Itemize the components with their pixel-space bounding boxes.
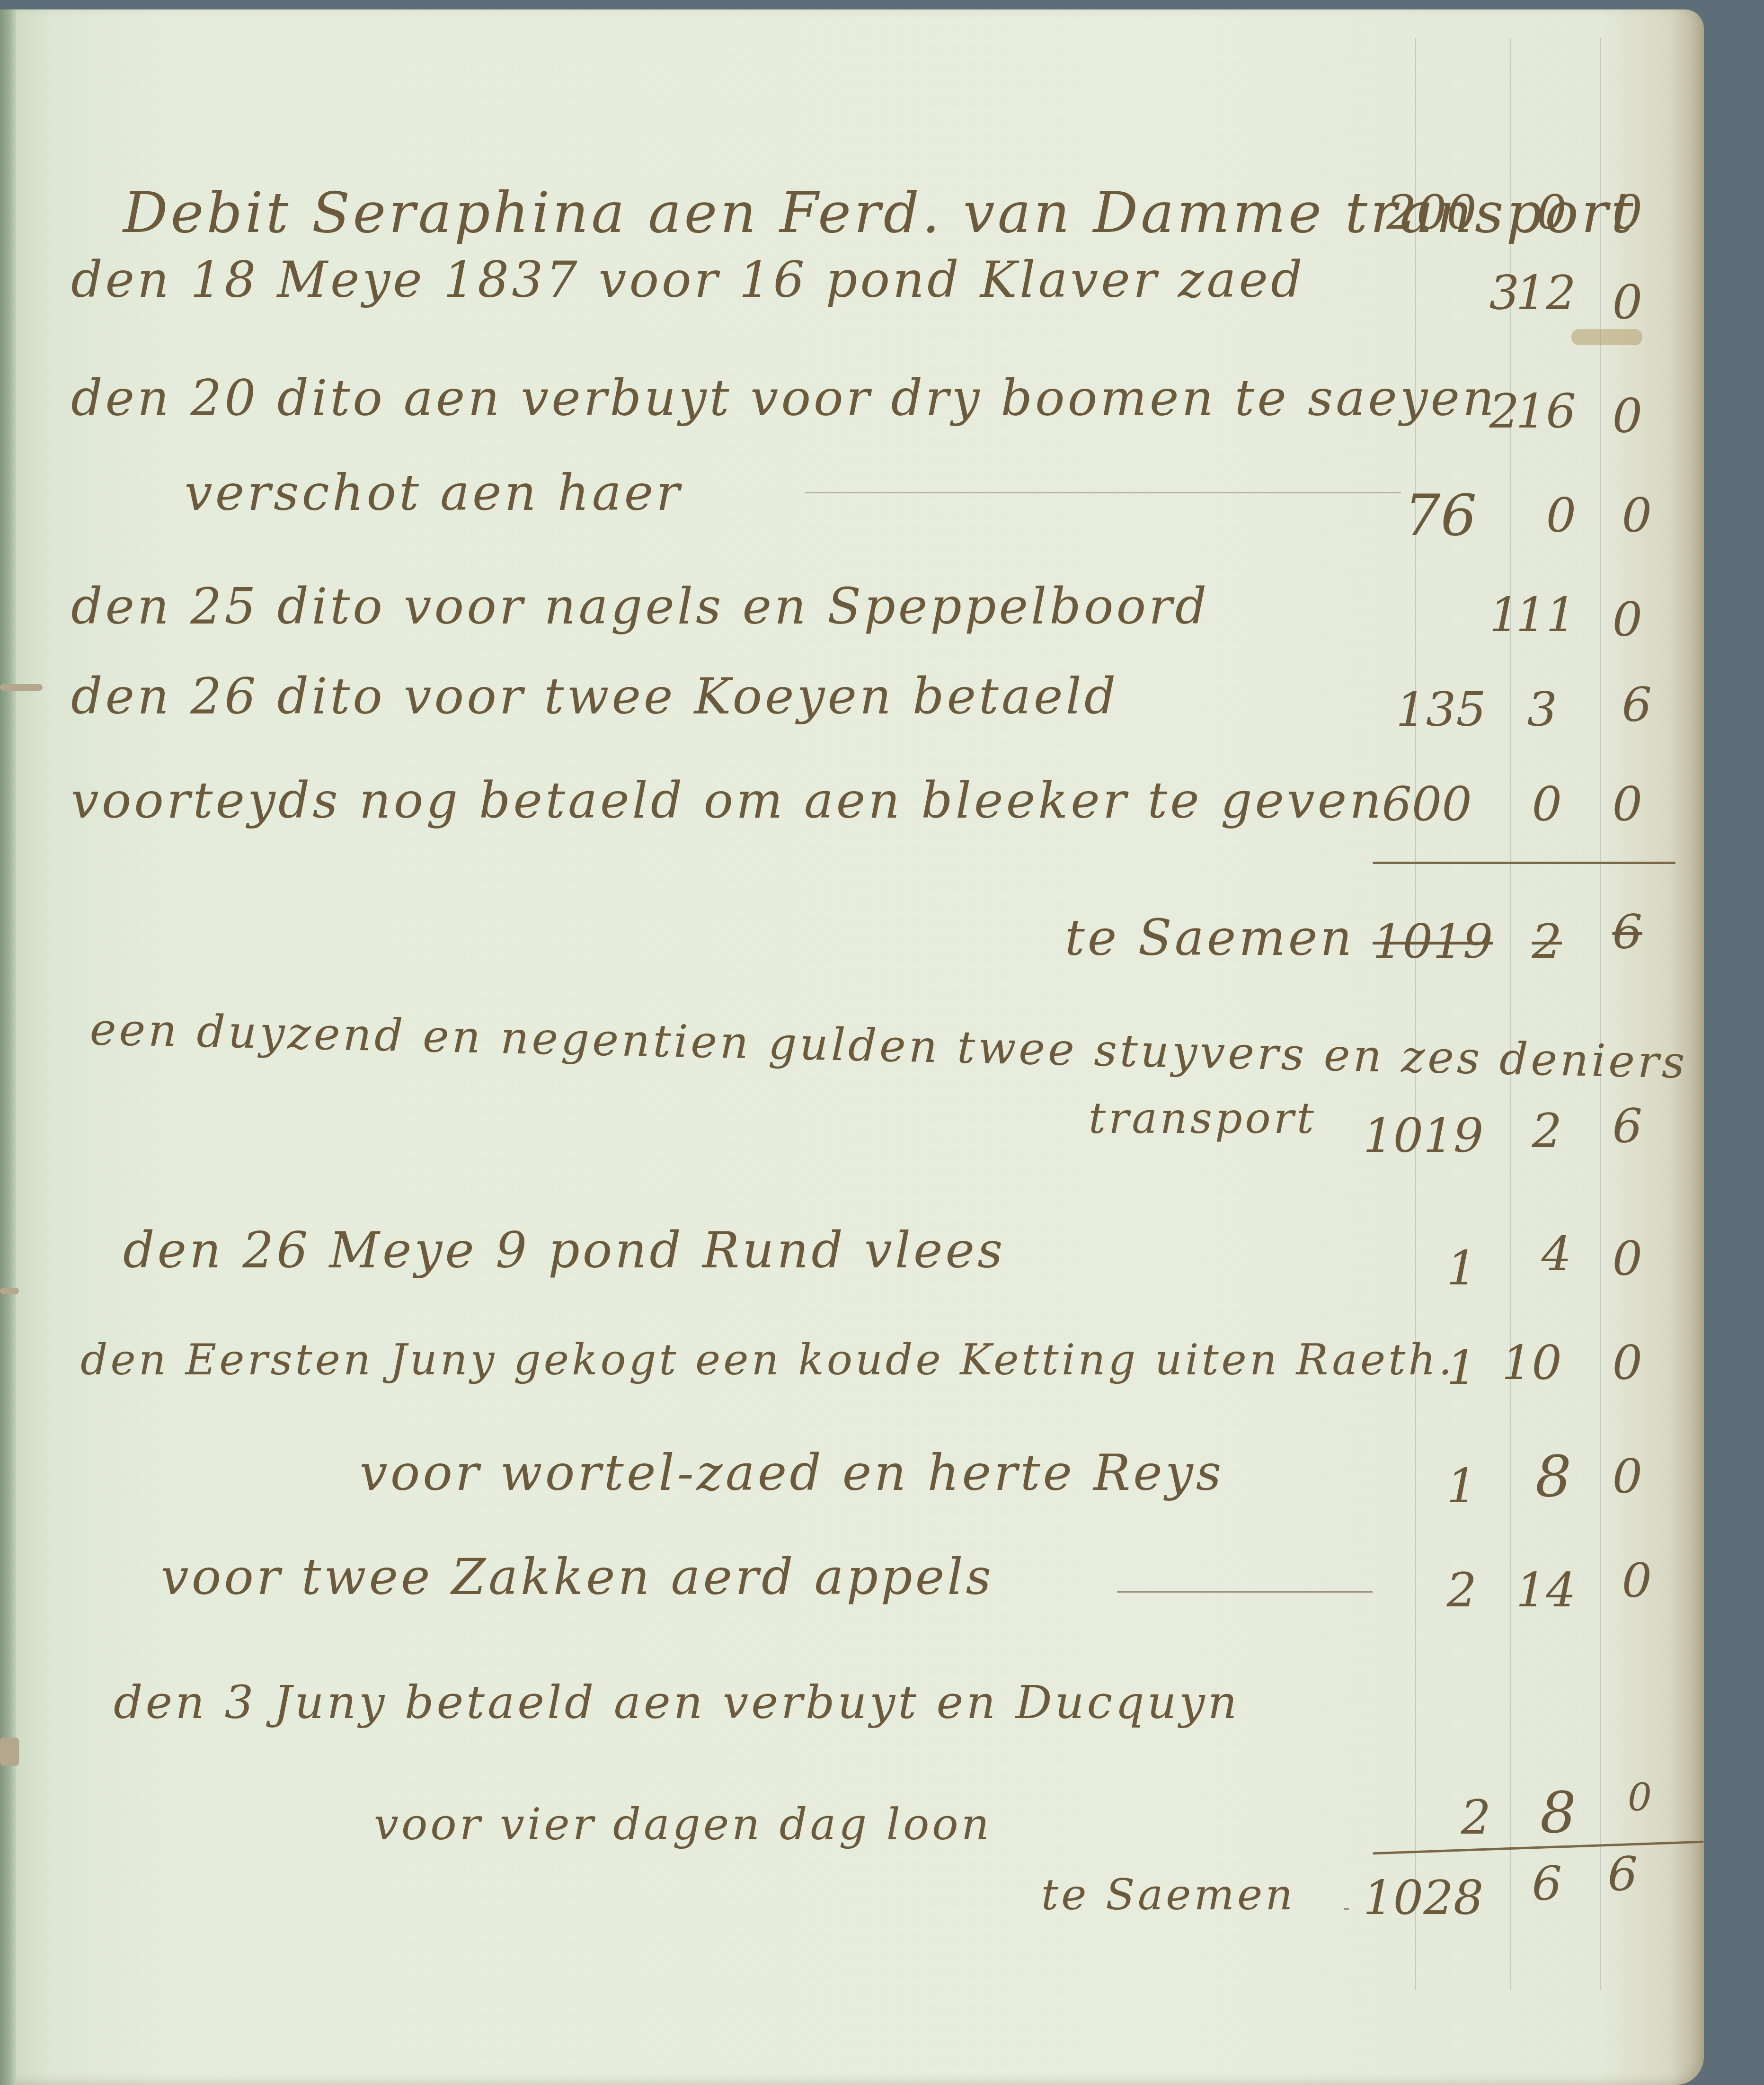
amount-guldens: 200 <box>1373 185 1477 240</box>
ledger-entry-text: voor twee Zakken aerd appels <box>161 1548 994 1606</box>
binding-thread <box>0 1737 19 1766</box>
amount-deniers: 0 <box>1590 1231 1642 1286</box>
amount-deniers: 0 <box>1590 1335 1642 1390</box>
subtotal-rule <box>1373 862 1675 864</box>
transport-guldens: 1019 <box>1363 1108 1467 1163</box>
total-label: te Saemen <box>1041 1870 1295 1920</box>
transport-label: transport <box>1089 1094 1317 1143</box>
amount-stuivers: 10 <box>1491 1335 1562 1390</box>
binding-thread <box>0 684 43 691</box>
ledger-entry-text: den 3 Juny betaeld aen verbuyt en Ducquy… <box>114 1676 1240 1729</box>
amount-stuivers: 0 <box>1491 776 1562 832</box>
amount-deniers: 0 <box>1600 488 1652 543</box>
amount-stuivers: 11 <box>1505 587 1576 642</box>
amount-deniers: 0 <box>1590 592 1642 647</box>
amount-stuivers: 16 <box>1505 383 1576 439</box>
ledger-page: Debit Seraphina aen Ferd. van Damme tran… <box>0 9 1704 2085</box>
ledger-entry-text: den 26 dito voor twee Koeyen betaeld <box>71 668 1118 725</box>
total-deniers: 6 <box>1586 1846 1638 1902</box>
ledger-entry-text: voorteyds nog betaeld om aen bleeker te … <box>71 772 1384 829</box>
amount-stuivers: 12 <box>1505 265 1576 321</box>
amount-guldens: 76 <box>1373 483 1477 549</box>
amount-guldens: 135 <box>1382 682 1486 737</box>
amount-deniers: 0 <box>1590 1449 1642 1504</box>
total-stuivers: 6 <box>1491 1856 1562 1911</box>
amount-guldens: 2 <box>1415 383 1519 439</box>
amount-guldens: 2 <box>1387 1790 1491 1845</box>
ledger-entry-text: den Eersten Juny gekogt een koude Kettin… <box>80 1335 1455 1385</box>
amount-stuivers: 14 <box>1505 1562 1576 1618</box>
amount-stuivers: 4 <box>1500 1226 1571 1282</box>
amount-deniers: 0 <box>1590 388 1642 444</box>
ledger-entry-text: verschot aen haer <box>185 464 683 522</box>
subtotal-label: te Saemen <box>1065 909 1355 967</box>
amount-deniers: 0 <box>1600 1553 1652 1608</box>
ledger-entry-text: den 25 dito voor nagels en Speppelboord <box>71 578 1209 635</box>
amount-stuivers: 8 <box>1505 1780 1576 1846</box>
amount-deniers: 6 <box>1600 677 1652 732</box>
transport-stuivers: 2 <box>1491 1103 1562 1158</box>
fill-line <box>805 492 1401 493</box>
total-guldens: 1028 <box>1363 1870 1467 1925</box>
column-rule <box>1415 38 1416 1990</box>
amount-deniers: 0 <box>1590 275 1642 330</box>
fill-line <box>1344 1908 1349 1910</box>
amount-deniers: 0 <box>1590 776 1642 832</box>
amount-guldens: 3 <box>1415 265 1519 321</box>
amount-guldens: 1 <box>1373 1340 1477 1395</box>
fill-line <box>1117 1591 1373 1593</box>
amount-in-words: een duyzend en negentien gulden twee stu… <box>89 1004 1688 1089</box>
book-spine <box>0 9 16 2085</box>
amount-guldens: 2 <box>1373 1562 1477 1618</box>
amount-stuivers: 0 <box>1496 185 1567 240</box>
amount-guldens: 1 <box>1373 1458 1477 1514</box>
ledger-entry-text: voor wortel-zaed en herte Reys <box>360 1444 1224 1502</box>
amount-deniers: 0 <box>1600 1775 1652 1819</box>
amount-guldens: 1 <box>1373 1240 1477 1296</box>
subtotal-stuivers: 2 <box>1491 914 1562 969</box>
transport-deniers: 6 <box>1590 1098 1642 1154</box>
amount-guldens: 1 <box>1415 587 1519 642</box>
amount-guldens: 600 <box>1368 776 1472 832</box>
amount-stuivers: 0 <box>1505 488 1576 543</box>
ledger-entry-text: den 18 Meye 1837 voor 16 pond Klaver zae… <box>71 251 1305 309</box>
ledger-entry-text: voor vier dagen dag loon <box>374 1799 992 1850</box>
binding-thread <box>0 1288 19 1294</box>
ink-stain <box>1571 329 1642 345</box>
ledger-entry-text: den 26 Meye 9 pond Rund vlees <box>123 1221 1005 1279</box>
ledger-entry-text: den 20 dito aen verbuyt voor dry boomen … <box>71 369 1497 427</box>
column-rule <box>1510 38 1511 1990</box>
subtotal-deniers: 6 <box>1590 904 1642 960</box>
subtotal-guldens: 1019 <box>1373 914 1477 969</box>
amount-stuivers: 3 <box>1486 682 1557 737</box>
amount-deniers: 0 <box>1590 185 1642 240</box>
amount-stuivers: 8 <box>1500 1444 1571 1510</box>
